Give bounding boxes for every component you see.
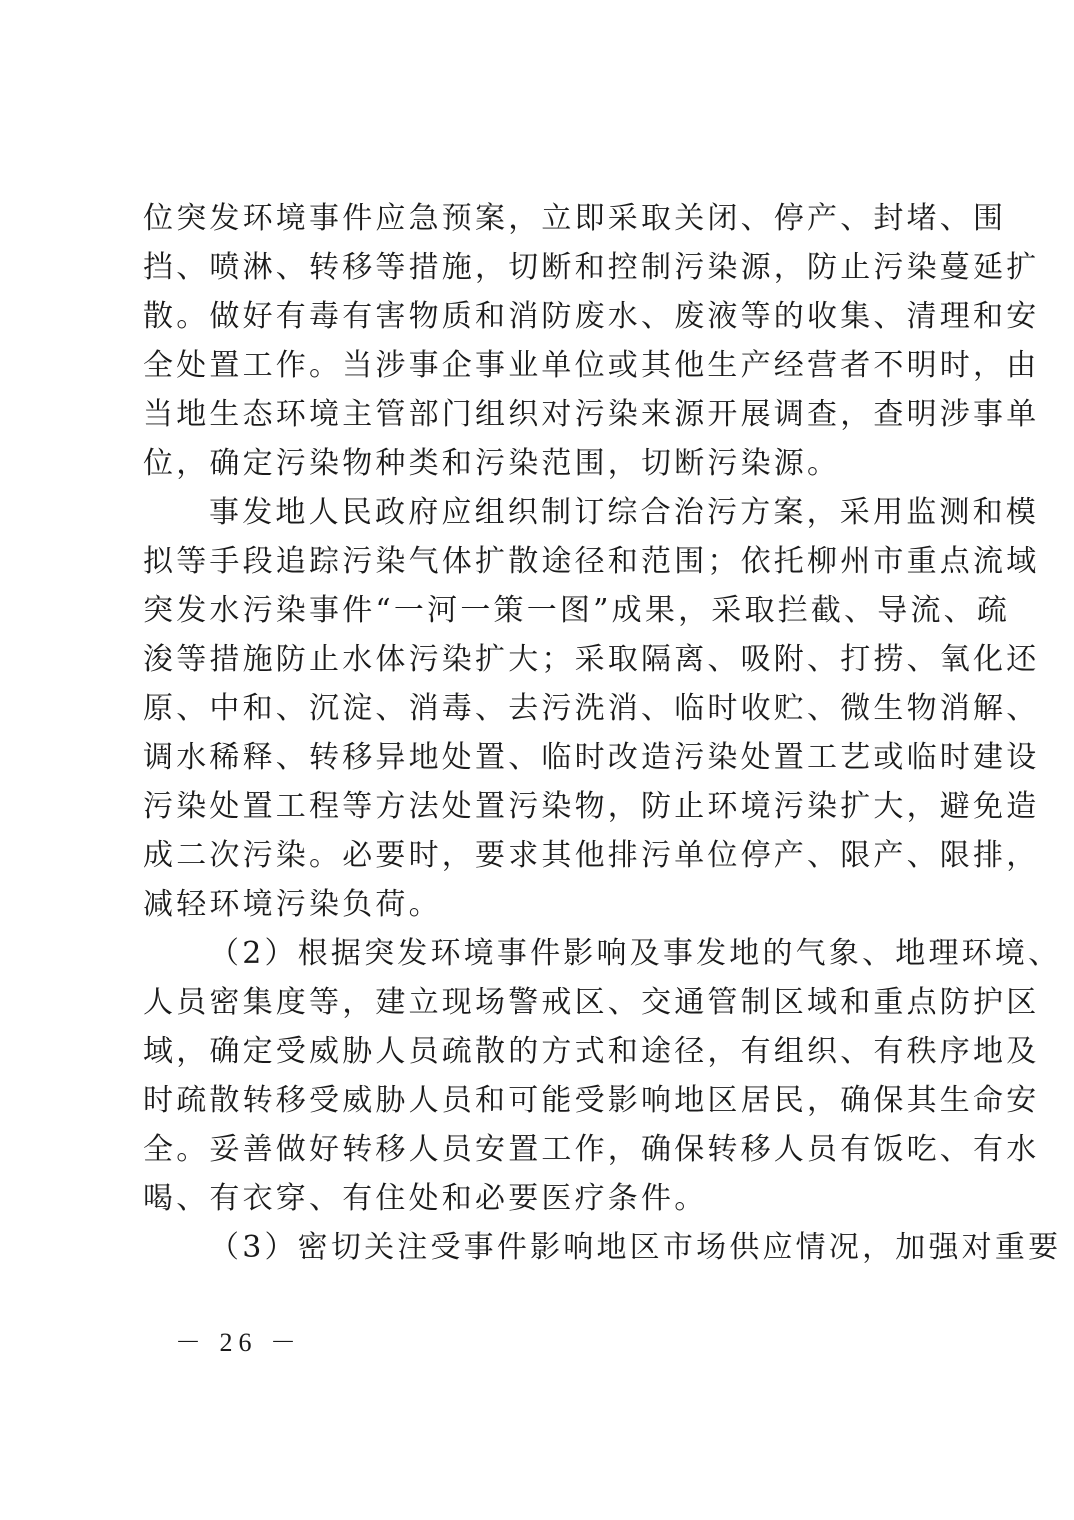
text-line: 全。妥善做好转移人员安置工作，确保转移人员有饭吃、有水	[143, 1125, 933, 1174]
text-line: 突发水污染事件“一河一策一图”成果，采取拦截、导流、疏	[143, 586, 933, 635]
text-line: 时疏散转移受威胁人员和可能受影响地区居民，确保其生命安	[143, 1076, 933, 1125]
paragraph: （2）根据突发环境事件影响及事发地的气象、地理环境、 人员密集度等，建立现场警戒…	[143, 929, 933, 1223]
text-line: （2）根据突发环境事件影响及事发地的气象、地理环境、	[143, 929, 933, 978]
text-line: 污染处置工程等方法处置污染物，防止环境污染扩大，避免造	[143, 782, 933, 831]
text-line: 浚等措施防止水体污染扩大；采取隔离、吸附、打捞、氧化还	[143, 635, 933, 684]
text-line: 当地生态环境主管部门组织对污染来源开展调查，查明涉事单	[143, 390, 933, 439]
text-line: 减轻环境污染负荷。	[143, 880, 933, 929]
text-line: 成二次污染。必要时，要求其他排污单位停产、限产、限排，	[143, 831, 933, 880]
text-line: （3）密切关注受事件影响地区市场供应情况，加强对重要	[143, 1223, 933, 1272]
text-line: 调水稀释、转移异地处置、临时改造污染处置工艺或临时建设	[143, 733, 933, 782]
text-line: 人员密集度等，建立现场警戒区、交通管制区域和重点防护区	[143, 978, 933, 1027]
text-line: 挡、喷淋、转移等措施，切断和控制污染源，防止污染蔓延扩	[143, 243, 933, 292]
text-line: 位，确定污染物种类和污染范围，切断污染源。	[143, 439, 933, 488]
text-line: 拟等手段追踪污染气体扩散途径和范围；依托柳州市重点流域	[143, 537, 933, 586]
text-line: 位突发环境事件应急预案，立即采取关闭、停产、封堵、围	[143, 194, 933, 243]
paragraph: 事发地人民政府应组织制订综合治污方案，采用监测和模 拟等手段追踪污染气体扩散途径…	[143, 488, 933, 929]
text-line: 散。做好有毒有害物质和消防废水、废液等的收集、清理和安	[143, 292, 933, 341]
text-line: 域，确定受威胁人员疏散的方式和途径，有组织、有秩序地及	[143, 1027, 933, 1076]
text-line: 原、中和、沉淀、消毒、去污洗消、临时收贮、微生物消解、	[143, 684, 933, 733]
text-line: 喝、有衣穿、有住处和必要医疗条件。	[143, 1174, 933, 1223]
paragraph: （3）密切关注受事件影响地区市场供应情况，加强对重要	[143, 1223, 933, 1272]
text-line: 全处置工作。当涉事企事业单位或其他生产经营者不明时，由	[143, 341, 933, 390]
page-number: － 26 －	[175, 1322, 302, 1359]
paragraph: 位突发环境事件应急预案，立即采取关闭、停产、封堵、围 挡、喷淋、转移等措施，切断…	[143, 194, 933, 488]
document-page: 位突发环境事件应急预案，立即采取关闭、停产、封堵、围 挡、喷淋、转移等措施，切断…	[143, 194, 933, 1272]
text-line: 事发地人民政府应组织制订综合治污方案，采用监测和模	[143, 488, 933, 537]
